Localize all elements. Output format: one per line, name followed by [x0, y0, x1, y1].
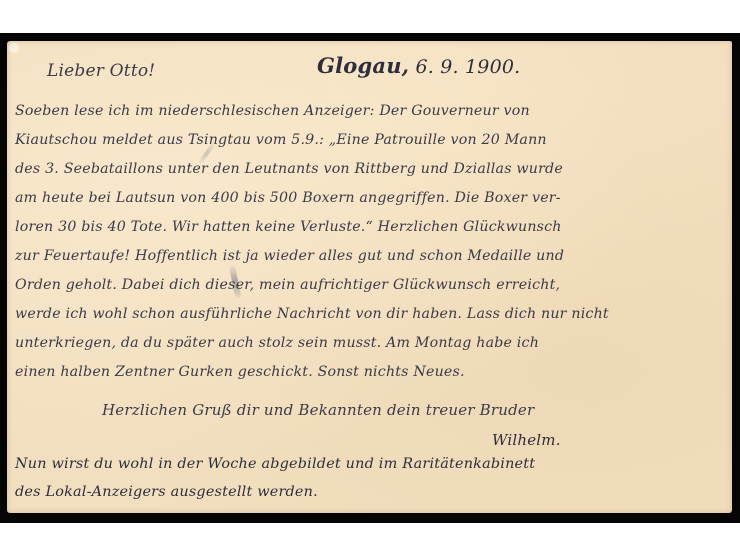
signature: Wilhelm. [492, 431, 561, 449]
body-line: werde ich wohl schon ausführliche Nachri… [15, 306, 609, 322]
body-line: des 3. Seebataillons unter den Leutnants… [15, 161, 563, 177]
closing-line: Herzlichen Gruß dir und Bekannten dein t… [102, 401, 534, 419]
postscript-line: des Lokal-Anzeigers ausgestellt werden. [15, 484, 318, 500]
postcard: Lieber Otto! Glogau, 6. 9. 1900. Soeben … [7, 41, 732, 513]
corner-wear [9, 43, 19, 53]
photo-frame: Lieber Otto! Glogau, 6. 9. 1900. Soeben … [0, 33, 740, 523]
body-line: einen halben Zentner Gurken geschickt. S… [15, 364, 465, 380]
body-line: loren 30 bis 40 Tote. Wir hatten keine V… [15, 219, 562, 235]
postscript-line: Nun wirst du wohl in der Woche abgebilde… [15, 456, 535, 472]
body-line: zur Feuertaufe! Hoffentlich ist ja wiede… [15, 248, 564, 264]
salutation: Lieber Otto! [47, 61, 155, 81]
place-date-line: Glogau, 6. 9. 1900. [317, 53, 520, 78]
body-line: unterkriegen, da du später auch stolz se… [15, 335, 539, 351]
body-line: Soeben lese ich im niederschlesischen An… [15, 103, 530, 119]
body-line: Orden geholt. Dabei dich dieser, mein au… [15, 277, 560, 293]
body-line: am heute bei Lautsun von 400 bis 500 Box… [15, 190, 561, 206]
place-name: Glogau, [317, 53, 409, 78]
letter-date: 6. 9. 1900. [415, 56, 520, 78]
body-line: Kiautschou meldet aus Tsingtau vom 5.9.:… [15, 132, 547, 148]
